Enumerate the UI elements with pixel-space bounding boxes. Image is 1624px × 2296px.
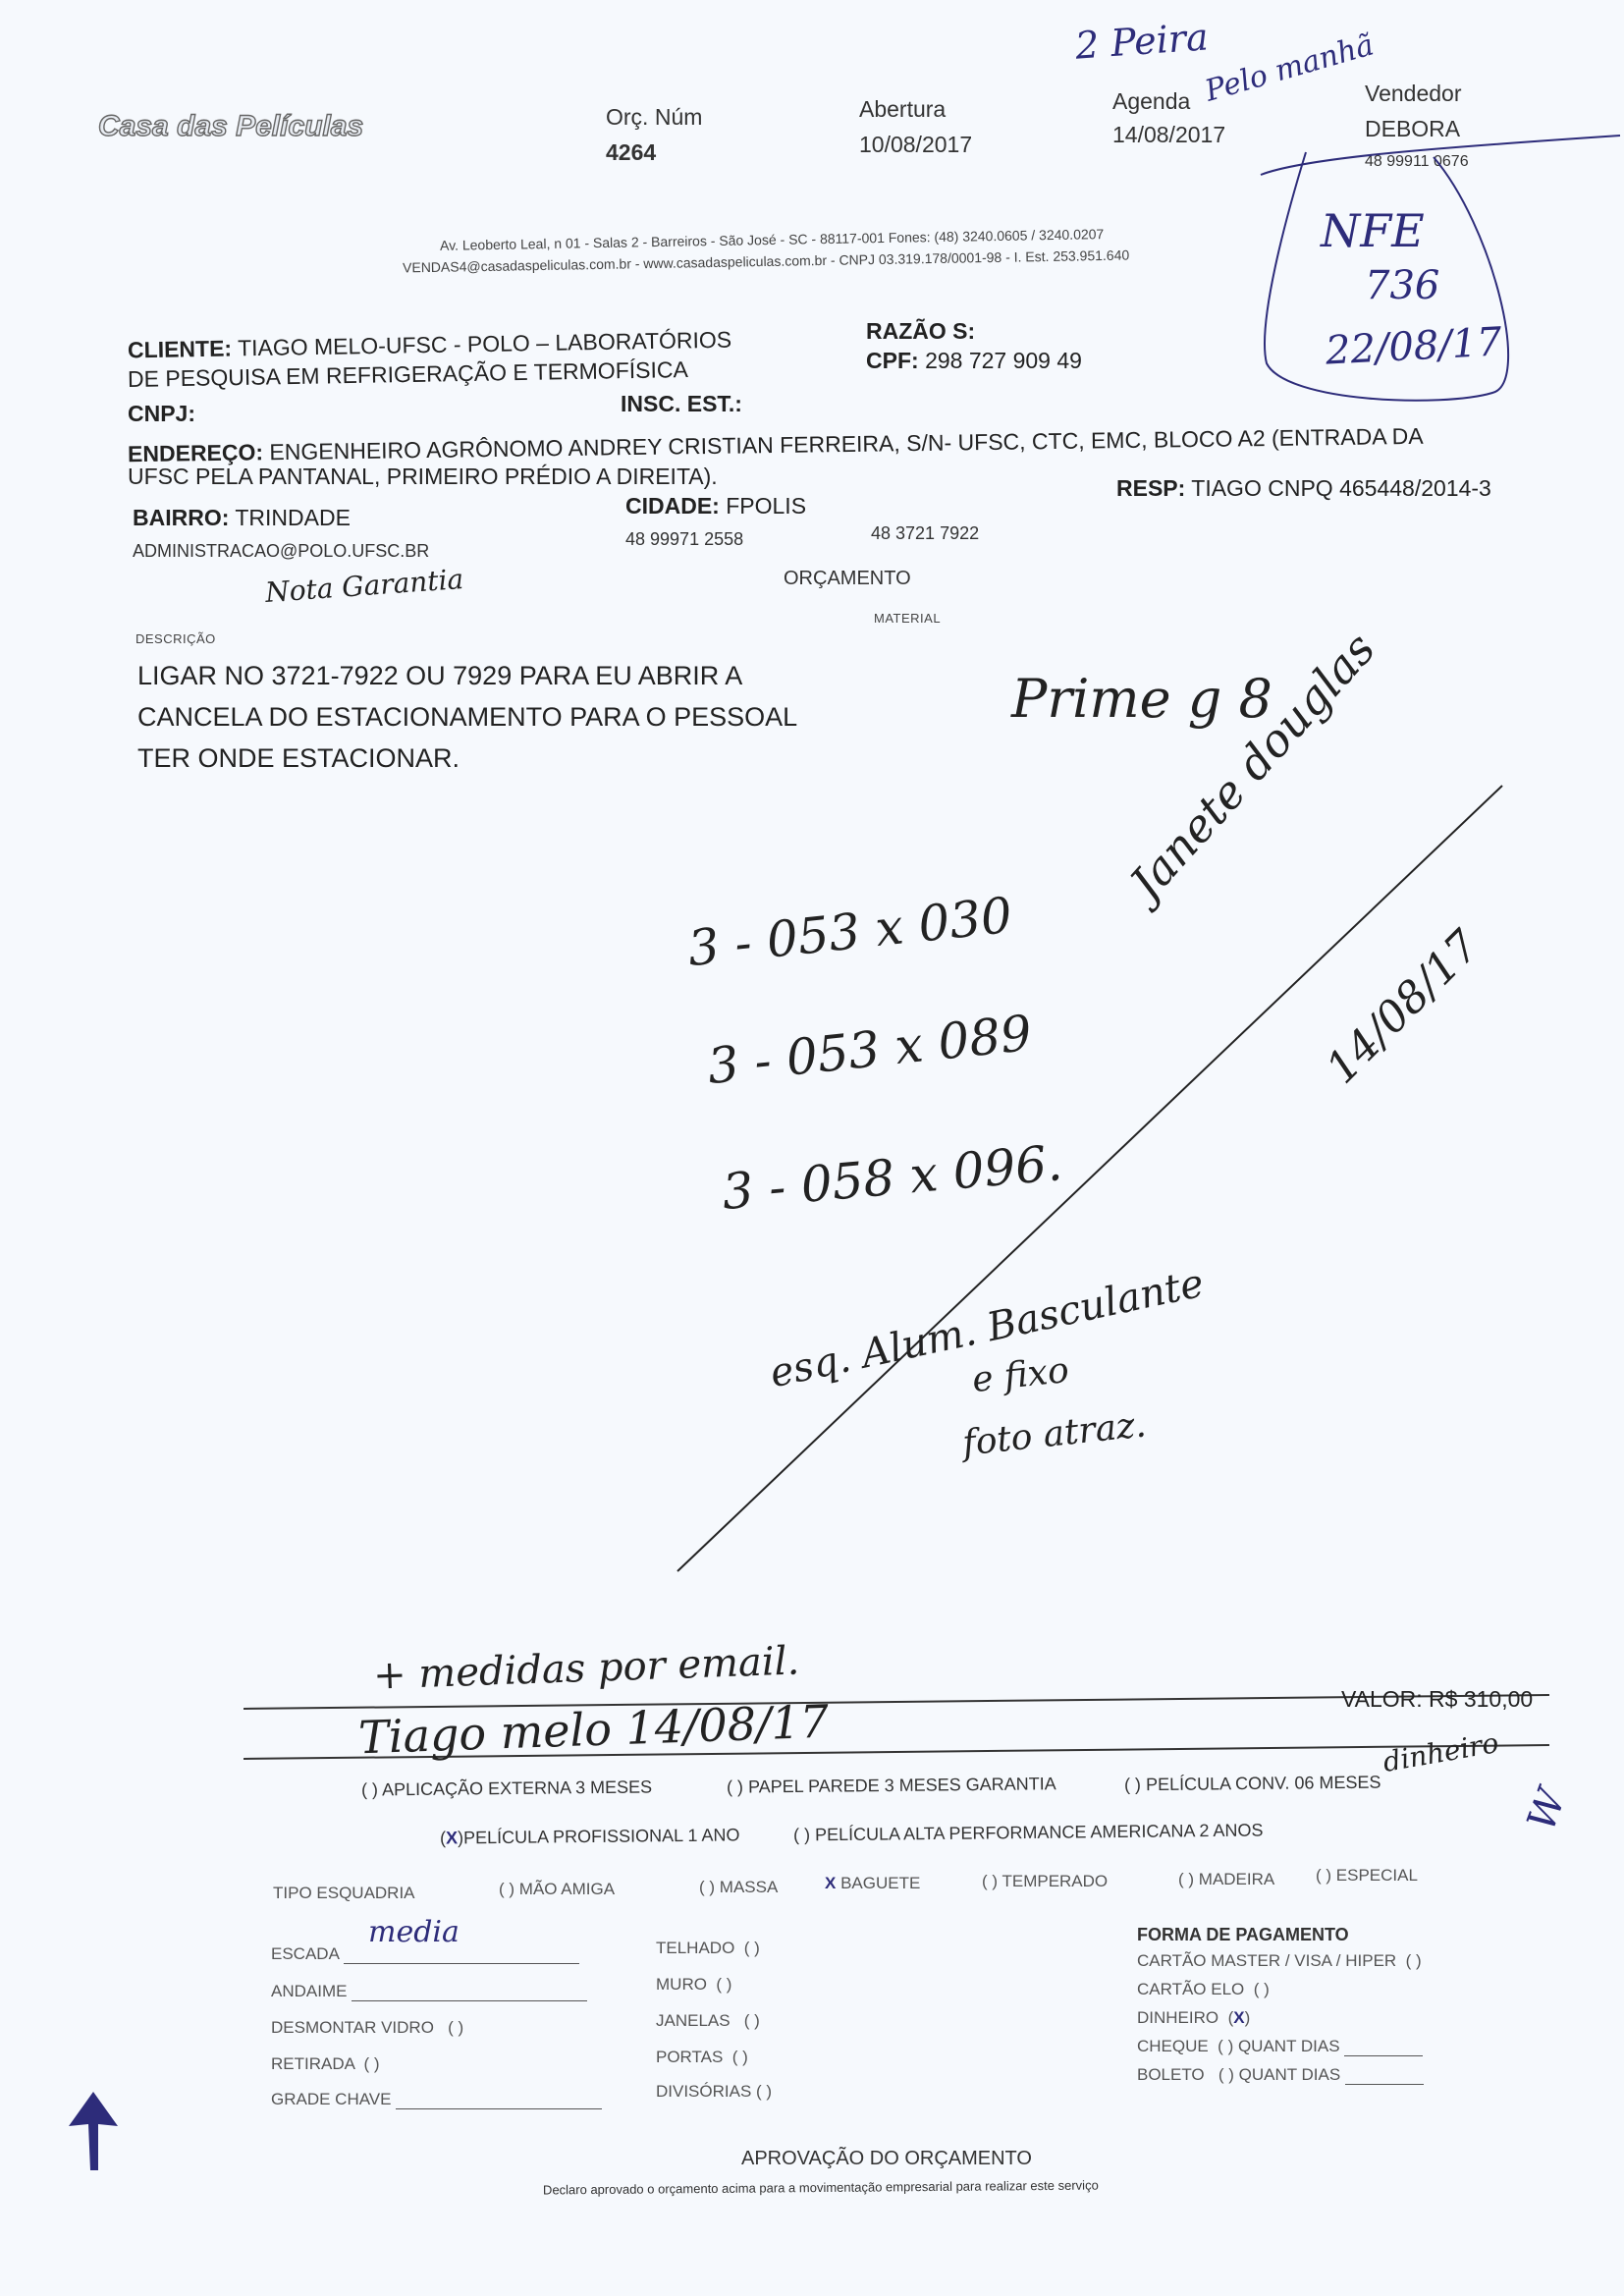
payment-option-cartao-master[interactable]: CARTÃO MASTER / VISA / HIPER ( ) [1137, 1951, 1422, 1971]
janelas-option[interactable]: JANELAS ( ) [656, 2011, 760, 2031]
esquadria-label: TIPO ESQUADRIA [273, 1884, 415, 1903]
warranty-option-conv[interactable]: ( ) PELÍCULA CONV. 06 MESES [1124, 1773, 1381, 1796]
descricao-label: DESCRIÇÃO [135, 631, 216, 646]
vendedor-label: Vendedor [1365, 81, 1461, 107]
nfe-date: 22/08/17 [1325, 319, 1503, 373]
payment-option-cartao-elo[interactable]: CARTÃO ELO ( ) [1137, 1980, 1270, 1999]
andaime-field[interactable]: ANDAIME [271, 1982, 587, 2001]
cnpj-label: CNPJ: [128, 401, 195, 427]
nfe-number: 736 [1365, 263, 1439, 308]
handwritten-dinheiro: dinheiro [1380, 1726, 1501, 1778]
payment-option-cheque[interactable]: CHEQUE ( ) QUANT DIAS [1137, 2037, 1423, 2056]
orc-label: Orç. Núm [606, 104, 702, 131]
orcamento-heading: ORÇAMENTO [784, 568, 911, 590]
diagonal-strike-line [668, 776, 1512, 1581]
endereco-field-cont: UFSC PELA PANTANAL, PRIMEIRO PRÉDIO A DI… [128, 464, 718, 490]
bairro-field: BAIRRO: TRINDADE [133, 505, 351, 531]
insc-est-label: INSC. EST.: [621, 391, 742, 417]
warranty-option-externa[interactable]: ( ) APLICAÇÃO EXTERNA 3 MESES [361, 1777, 652, 1800]
grade-chave-field[interactable]: GRADE CHAVE [271, 2090, 602, 2109]
esquadria-option-especial[interactable]: ( ) ESPECIAL [1316, 1866, 1418, 1886]
arrow-up-mark-icon [59, 2087, 128, 2175]
razao-label: RAZÃO S: [866, 318, 975, 345]
esquadria-option-baguete[interactable]: X BAGUETE [825, 1874, 920, 1893]
endereco-field: ENDEREÇO: ENGENHEIRO AGRÔNOMO ANDREY CRI… [128, 423, 1424, 467]
company-logo: Casa das Películas [98, 110, 363, 143]
client-phone-mobile: 48 99971 2558 [625, 529, 743, 550]
handwritten-material: Prime g 8 [1011, 668, 1272, 730]
handwritten-note-peira: 2 Peira [1074, 15, 1210, 67]
resp-field: RESP: TIAGO CNPQ 465448/2014-3 [1116, 475, 1491, 502]
payment-option-dinheiro[interactable]: DINHEIRO (X) [1137, 2008, 1250, 2028]
initials-mark: W [1519, 1783, 1575, 1836]
payment-title: FORMA DE PAGAMENTO [1137, 1925, 1349, 1945]
warranty-option-profissional[interactable]: (X)PELÍCULA PROFISSIONAL 1 ANO [440, 1825, 740, 1848]
orc-number: 4264 [606, 139, 656, 166]
warranty-option-papel[interactable]: ( ) PAPEL PAREDE 3 MESES GARANTIA [727, 1774, 1056, 1798]
esquadria-option-mao-amiga[interactable]: ( ) MÃO AMIGA [499, 1880, 615, 1899]
cpf-field: CPF: 298 727 909 49 [866, 348, 1082, 374]
escada-value: media [368, 1915, 460, 1949]
esquadria-option-massa[interactable]: ( ) MASSA [699, 1878, 778, 1897]
telhado-option[interactable]: TELHADO ( ) [656, 1939, 760, 1958]
valor-field: VALOR: R$ 310,00 [1341, 1686, 1533, 1713]
warranty-option-alta-performance[interactable]: ( ) PELÍCULA ALTA PERFORMANCE AMERICANA … [793, 1820, 1264, 1845]
agenda-label: Agenda [1112, 88, 1190, 115]
abertura-date: 10/08/2017 [859, 132, 972, 158]
muro-option[interactable]: MURO ( ) [656, 1975, 731, 1995]
divisorias-option[interactable]: DIVISÓRIAS ( ) [656, 2082, 772, 2102]
handwritten-medidas: + medidas por email. [372, 1638, 800, 1698]
client-email: ADMINISTRACAO@POLO.UFSC.BR [133, 541, 429, 562]
approval-text: Declaro aprovado o orçamento acima para … [543, 2178, 1099, 2198]
material-label: MATERIAL [874, 611, 941, 626]
nfe-label: NFE [1321, 204, 1425, 257]
agenda-date: 14/08/2017 [1112, 122, 1225, 148]
abertura-label: Abertura [859, 96, 946, 123]
payment-option-boleto[interactable]: BOLETO ( ) QUANT DIAS [1137, 2065, 1424, 2085]
client-phone-landline: 48 3721 7922 [871, 523, 979, 544]
handwritten-note-manha: Pelo manhã [1202, 27, 1378, 108]
esquadria-option-temperado[interactable]: ( ) TEMPERADO [982, 1872, 1108, 1891]
description-text: LIGAR NO 3721-7922 OU 7929 PARA EU ABRIR… [137, 655, 797, 779]
handwritten-nota-garantia: Nota Garantia [264, 563, 464, 609]
desmontar-vidro-field[interactable]: DESMONTAR VIDRO ( ) [271, 2018, 463, 2038]
approval-title: APROVAÇÃO DO ORÇAMENTO [741, 2148, 1032, 2170]
esquadria-option-madeira[interactable]: ( ) MADEIRA [1178, 1870, 1274, 1889]
retirada-field[interactable]: RETIRADA ( ) [271, 2054, 380, 2074]
portas-option[interactable]: PORTAS ( ) [656, 2048, 748, 2067]
cidade-field: CIDADE: FPOLIS [625, 493, 806, 519]
